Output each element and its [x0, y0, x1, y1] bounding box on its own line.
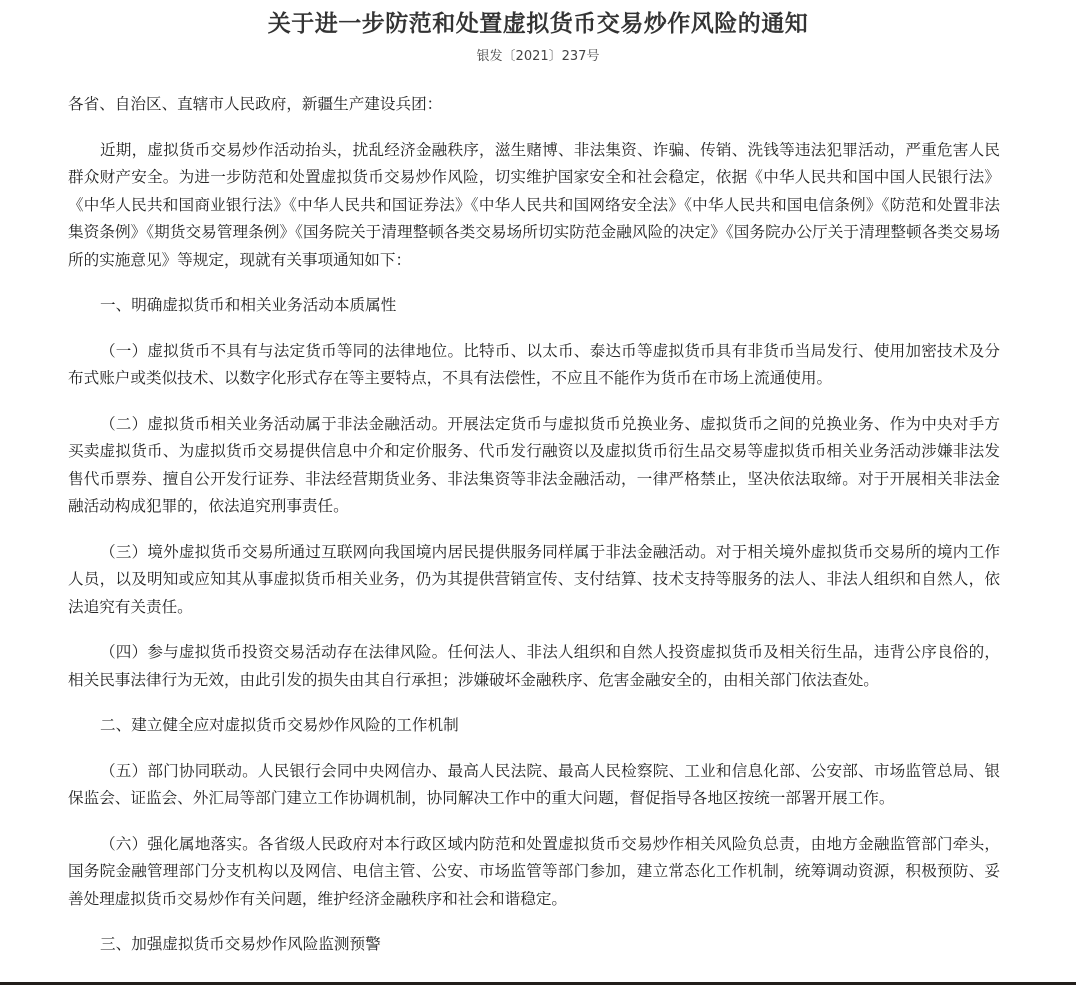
- document-page: 关于进一步防范和处置虚拟货币交易炒作风险的通知 银发〔2021〕237号 各省、…: [0, 0, 1076, 982]
- document-title: 关于进一步防范和处置虚拟货币交易炒作风险的通知: [0, 8, 1076, 40]
- document-number: 银发〔2021〕237号: [0, 47, 1076, 67]
- paragraph-intro: 近期，虚拟货币交易炒作活动抬头，扰乱经济金融秩序，滋生赌博、非法集资、诈骗、传销…: [68, 137, 1000, 275]
- paragraph-item-5: （五）部门协同联动。人民银行会同中央网信办、最高人民法院、最高人民检察院、工业和…: [68, 758, 1000, 813]
- section-heading-3: 三、加强虚拟货币交易炒作风险监测预警: [68, 931, 1000, 959]
- paragraph-item-1: （一）虚拟货币不具有与法定货币等同的法律地位。比特币、以太币、泰达币等虚拟货币具…: [68, 338, 1000, 393]
- paragraph-item-6: （六）强化属地落实。各省级人民政府对本行政区域内防范和处置虚拟货币交易炒作相关风…: [68, 831, 1000, 914]
- section-heading-1: 一、明确虚拟货币和相关业务活动本质属性: [68, 292, 1000, 320]
- paragraph-item-4: （四）参与虚拟货币投资交易活动存在法律风险。任何法人、非法人组织和自然人投资虚拟…: [68, 639, 1000, 694]
- paragraph-item-2: （二）虚拟货币相关业务活动属于非法金融活动。开展法定货币与虚拟货币兑换业务、虚拟…: [68, 411, 1000, 521]
- document-body: 各省、自治区、直辖市人民政府，新疆生产建设兵团： 近期，虚拟货币交易炒作活动抬头…: [68, 91, 1000, 977]
- paragraph-item-3: （三）境外虚拟货币交易所通过互联网向我国境内居民提供服务同样属于非法金融活动。对…: [68, 539, 1000, 622]
- salutation: 各省、自治区、直辖市人民政府，新疆生产建设兵团：: [68, 91, 1000, 119]
- section-heading-2: 二、建立健全应对虚拟货币交易炒作风险的工作机制: [68, 712, 1000, 740]
